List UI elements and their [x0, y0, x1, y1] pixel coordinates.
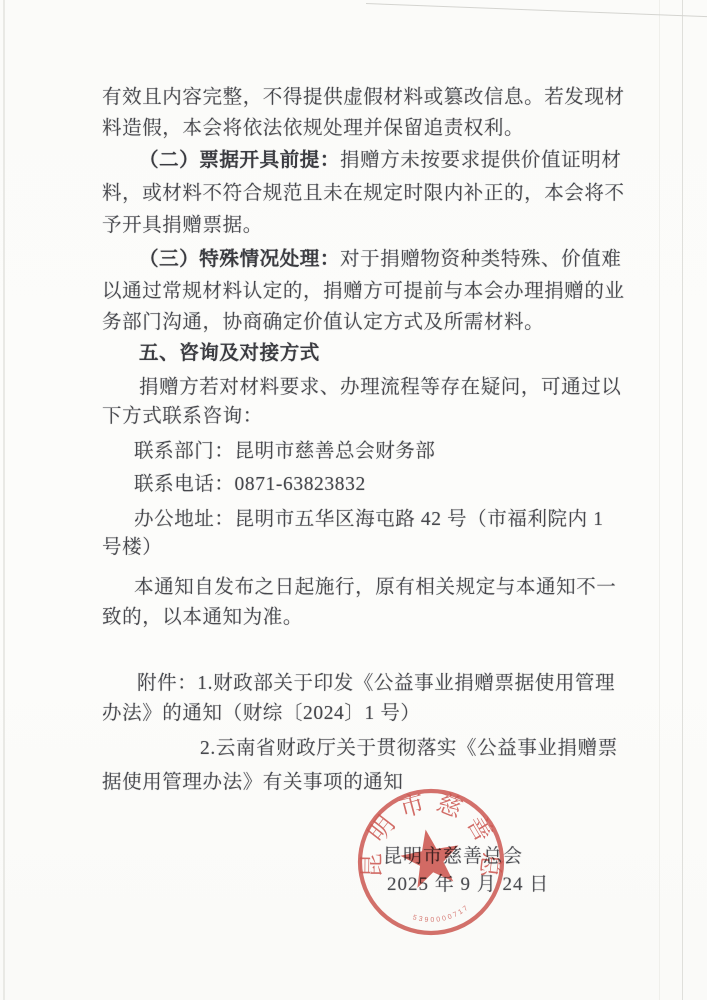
text-segment: 号楼） [102, 537, 162, 558]
svg-text:5390000717: 5390000717 [412, 904, 471, 924]
text-line: 捐赠方若对材料要求、办理流程等存在疑问，可通过以 [139, 377, 621, 399]
contact-department-line: 联系部门：昆明市慈善总会财务部 [134, 441, 436, 463]
text-segment-bold: （三）特殊情况处理： [139, 249, 340, 270]
text-line: 致的，以本通知为准。 [102, 607, 303, 629]
text-segment: 对于捐赠物资种类特殊、价值难 [340, 249, 621, 270]
text-line: 号楼） [102, 537, 162, 559]
text-segment-bold: 五、咨询及对接方式 [139, 343, 320, 364]
text-segment: 致的，以本通知为准。 [102, 607, 303, 628]
text-segment-bold: （二）票据开具前提： [139, 150, 340, 171]
scan-edge-line-left [3, 0, 5, 1000]
seal-serial: 5390000717 [412, 904, 471, 924]
attachment-line: 附件：1.财政部关于印发《公益事业捐赠票据使用管理 [137, 673, 615, 695]
text-segment: 联系部门：昆明市慈善总会财务部 [134, 441, 436, 462]
text-segment: 料，或材料不符合规范且未在规定时限内补正的，本会将不 [102, 183, 625, 204]
attachment-line: 2.云南省财政厅关于贯彻落实《公益事业捐赠票 [200, 738, 618, 760]
attachment-line: 办法》的通知（财综〔2024〕1 号） [102, 703, 421, 725]
scan-corner-crease [366, 3, 707, 17]
text-line: 下方式联系咨询： [102, 406, 263, 428]
text-line: 料造假，本会将依法依规处理并保留追责权利。 [102, 118, 524, 140]
text-segment: 本通知自发布之日起施行，原有相关规定与本通知不一 [134, 577, 616, 598]
text-segment: 办公地址：昆明市五华区海屯路 42 号（市福利院内 1 [134, 509, 604, 530]
text-line: 本通知自发布之日起施行，原有相关规定与本通知不一 [134, 577, 616, 599]
contact-phone-line: 联系电话：0871-63823832 [134, 474, 366, 496]
text-line: 有效且内容完整，不得提供虚假材料或篡改信息。若发现材 [102, 87, 625, 109]
text-segment: 务部门沟通，协商确定价值认定方式及所需材料。 [102, 312, 544, 333]
text-line: 料，或材料不符合规范且未在规定时限内补正的，本会将不 [102, 183, 625, 205]
text-segment: 捐赠方若对材料要求、办理流程等存在疑问，可通过以 [139, 377, 621, 398]
text-line: 务部门沟通，协商确定价值认定方式及所需材料。 [102, 312, 544, 334]
text-segment: 2.云南省财政厅关于贯彻落实《公益事业捐赠票 [200, 738, 618, 759]
section-heading: 五、咨询及对接方式 [139, 343, 320, 365]
contact-address-line: 办公地址：昆明市五华区海屯路 42 号（市福利院内 1 [134, 509, 604, 531]
text-line: （二）票据开具前提：捐赠方未按要求提供价值证明材 [139, 150, 621, 172]
text-segment: 以通过常规材料认定的，捐赠方可提前与本会办理捐赠的业 [102, 281, 625, 302]
document-page: 有效且内容完整，不得提供虚假材料或篡改信息。若发现材 料造假，本会将依法依规处理… [0, 0, 707, 1000]
text-segment: 予开具捐赠票据。 [102, 215, 263, 236]
text-line: 以通过常规材料认定的，捐赠方可提前与本会办理捐赠的业 [102, 281, 625, 303]
text-segment: 办法》的通知（财综〔2024〕1 号） [102, 703, 421, 724]
text-segment: 下方式联系咨询： [102, 406, 263, 427]
text-segment: 料造假，本会将依法依规处理并保留追责权利。 [102, 118, 524, 139]
text-segment: 有效且内容完整，不得提供虚假材料或篡改信息。若发现材 [102, 87, 625, 108]
text-line: （三）特殊情况处理：对于捐赠物资种类特殊、价值难 [139, 249, 621, 271]
scan-edge-line-right-faint [659, 0, 660, 1000]
official-seal: 昆明市慈善总会 5390000717 [352, 785, 514, 947]
text-line: 予开具捐赠票据。 [102, 215, 263, 237]
seal-star [400, 830, 458, 888]
text-segment: 附件：1.财政部关于印发《公益事业捐赠票据使用管理 [137, 673, 615, 694]
text-segment: 捐赠方未按要求提供价值证明材 [340, 150, 621, 171]
scan-edge-line-right [682, 0, 683, 1000]
text-segment: 联系电话：0871-63823832 [134, 474, 366, 495]
